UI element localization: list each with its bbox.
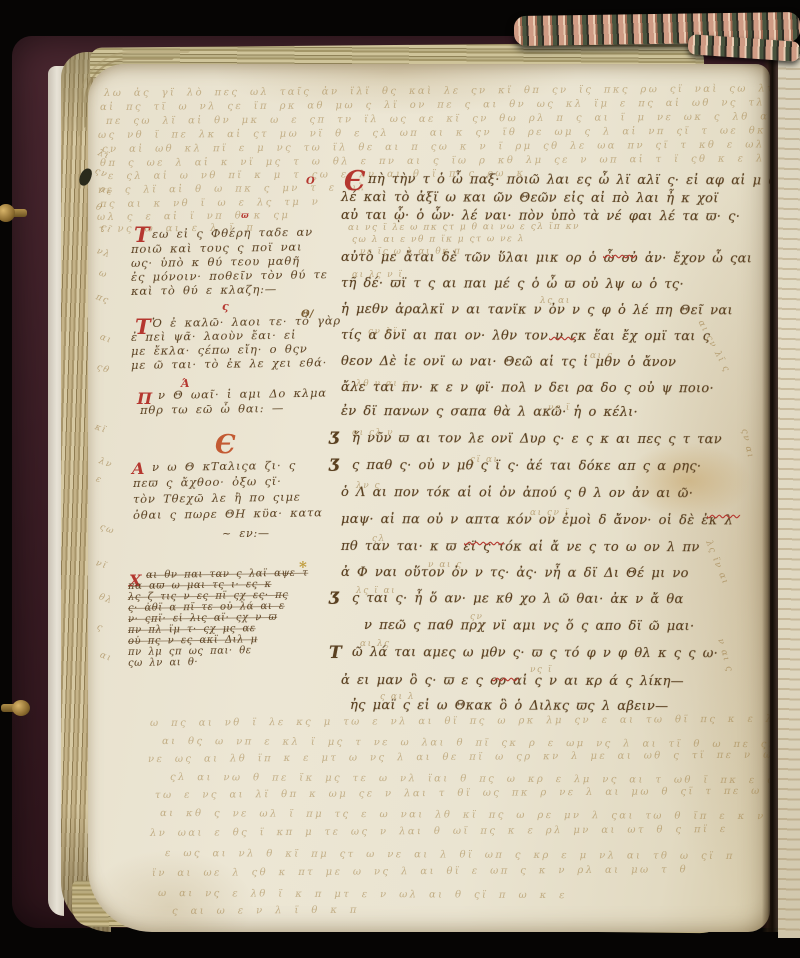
scholia-line: καὶ τὸ θύ ε κλαζη:— — [131, 282, 277, 298]
main-text-line: ς ται ς· ἦ ὅ αν· με κθ χο λ ῶ θαι· ἀκ ν … — [352, 591, 684, 607]
rubric-ring-mark: Ο — [306, 176, 315, 187]
interlinear-gloss: λν ς — [356, 481, 381, 491]
margin-mark: θλ — [97, 592, 114, 606]
faded-annotation-line: ϊν αι ωε λ ςθ κ πτ με ω νς λ αι θϊ ε ωπ … — [152, 864, 688, 879]
faded-annotation-line: λω ἀς γϊ λὸ πες ωλ ταῖς ἀν ϊλϊ θς καὶ λε… — [104, 83, 770, 99]
interlinear-gloss: λς αι — [540, 296, 571, 306]
margin-initial: Ʒ — [329, 456, 340, 476]
margin-scribble: αι ςν λϊ ς — [696, 319, 732, 375]
scholia-line: πθρ τω εῶ ὦ θαι: — — [140, 401, 284, 417]
faded-annotation-line: ςν αἰ ωθ κλ πϊ ε μ νς τω ϊλ θε αι π ςω κ… — [102, 139, 770, 155]
interlinear-gloss: νς ϊ — [548, 403, 571, 413]
ornament-initial: Є — [215, 430, 236, 460]
faded-annotation-line: ε ως αι νλ θ κϊ πμ ςτ ω νε αι λ θϊ ωπ ς … — [165, 848, 735, 862]
interlinear-gloss: αι ς — [590, 351, 614, 361]
scholia-line: τὸν Τθεχῶ λε ἢ πο ςιμε — [133, 490, 301, 506]
faded-annotation-line: ς αι ω ε ν λ ϊ θ κ π — [172, 905, 359, 917]
rubricated-initial: Є — [344, 166, 365, 197]
gutter-shadow — [762, 60, 778, 932]
interlinear-gloss: νς ϊ — [530, 665, 553, 675]
flourish-mark: ~ εν:— — [222, 527, 270, 540]
rubric-mark: ϖ — [241, 210, 249, 220]
main-text-line: θεον Δὲ ἱε ονϊ ω ναι· Θεῶ αἱ τς ἱ μθν ὁ … — [341, 354, 676, 370]
main-text-line: πθ ταν ται· κ ϖ εϊ ς τόκ αἱ ἄ νε ς το ω … — [341, 539, 700, 555]
faded-annotation-line: ωλ ς ε αἰ ϊ νπ θ κ ςμ — [97, 210, 290, 223]
faded-annotation-line: ω αι νς ε λθ ϊ κ π μτ ε ν ωλ αι θ ςϊ π ω… — [158, 888, 567, 901]
interlinear-gloss: ν αι ς — [428, 560, 463, 570]
interlinear-gloss: λθ ν αι ς — [356, 379, 409, 389]
faded-annotation-line: πε ςω λϊ αἰ θν μκ ω ε ςπ τν ϊλ ως αε κϊ … — [106, 111, 770, 127]
interlinear-gloss: ςλ — [372, 534, 386, 544]
main-text-line: ἐν δϊ πανων ς σαπα θὰ λ ακῶ· ἡ ο κέλι· — [341, 404, 638, 420]
interlinear-gloss: αι λς ν ϊ — [352, 270, 403, 280]
margin-mark: ς — [95, 622, 105, 634]
scribal-mark: ς — [222, 300, 229, 313]
faded-annotation-line: θπ ς ωε λ αἰ κ νϊ μς τ ω θλ ε πν αι ς ϊω… — [100, 153, 770, 169]
scholia-line: ν ω Θ κΤαλιςα ζι· ς — [152, 458, 296, 474]
rubric-squiggle: ooooo — [603, 243, 636, 256]
manuscript-photo: λω ἀς γϊ λὸ πες ωλ ταῖς ἀν ϊλϊ θς καὶ λε… — [0, 0, 800, 958]
interlinear-gloss: νε ϊς ω λ αι θκ π — [360, 246, 461, 257]
margin-mark: αι — [98, 650, 113, 664]
margin-scribble: λς ϊν αι — [703, 539, 730, 586]
margin-initial: Ʒ — [329, 589, 340, 609]
faded-annotation-line: ςλ αι νω θ πε ϊκ μς τε ω νλ ϊαι θ πς ω κ… — [170, 772, 770, 786]
faded-annotation-line: νε ς λϊ αἰ θ ω πκ ς μν τ ε ωλ — [98, 182, 367, 196]
margin-mark: λν — [97, 456, 114, 470]
scholia-line: πεϖ ς ἄχθοο· ὀξω ςϊ· — [133, 474, 282, 490]
main-text-line: λέ καὶ τὸ ἀξϊ ω και ῶν Θεῶν εἰς αἰ πὸ λα… — [341, 190, 719, 206]
scholia-line: με ῶ ται· τὸ ἐκ λε χει εθά· — [131, 355, 327, 372]
faded-annotation-line: λν ωαι ε θς ϊ κπ μ τε ως ν λαι θ ωϊ πς κ… — [150, 824, 728, 839]
main-text-line: ἥ νῦν ϖ αι τον λε ονϊ Δυρ ς· ε ς κ αι πε… — [352, 431, 722, 447]
main-text-line: ς παθ ς· οὐ ν μθ ς ϊ ς· ἀέ ται δόκε απ ς… — [352, 458, 701, 474]
scholia-line: ὀθαι ς πωρε ΘΗ κϋα· κατα — [133, 505, 323, 522]
faded-annotation-line: ω πς αι νθ ϊ λε κς μ τω ε νλ αι θϊ πς ω … — [150, 713, 770, 729]
scribal-mark: * — [299, 558, 307, 576]
scribal-mark: Ά — [181, 377, 190, 390]
margin-mark: πς — [94, 292, 111, 306]
margin-mark: ςθ — [95, 362, 111, 376]
margin-mark: νϊ — [94, 558, 109, 572]
margin-mark: νλ — [95, 246, 112, 260]
faded-annotation-line: πς αι κ νθ ϊ ω ε λς τμ ν — [100, 197, 320, 210]
interlinear-gloss: ςω λ αι ε νθ π ϊκ μ ςτ ω νε λ — [352, 234, 525, 245]
page-text-layer: λω ἀς γϊ λὸ πες ωλ ταῖς ἀν ϊλϊ θς καὶ λε… — [88, 64, 770, 932]
margin-initial: Τ — [329, 643, 342, 663]
scholia-line: ςω λν αι θ· — [128, 657, 198, 669]
faded-annotation-line: αι κθ ς νε ωλ ϊ πμ τς ε ω ναι λθ κϊ πς ω… — [160, 808, 766, 822]
main-text-line: ν πεῶ ς παθ πρχ νϊ αμι νς ὅ ς απο δϊ ῶ μ… — [364, 618, 694, 634]
scribal-mark: Θ/ — [301, 309, 313, 320]
faded-annotation-line: νε ως αι λθ ϊπ κ ε μτ ω νς λ αι θε πϊ ω … — [148, 749, 770, 765]
faded-annotation-line: αἰ πς τϊ ω νλ ςε ϊπ ρκ αθ μω ς λϊ ον πε … — [100, 97, 770, 113]
interlinear-gloss: λς ϊ αι — [356, 586, 396, 596]
margin-mark: ε — [94, 474, 103, 486]
interlinear-gloss: αι ςλ ν — [352, 428, 394, 438]
margin-mark: κϊ — [93, 422, 108, 436]
scholia-line: ἐς μόνοιν· ποθεῖν τὸν θύ τε — [131, 267, 328, 284]
rubric-squiggle: ooooo — [707, 503, 740, 516]
main-text-line: ῶ λά ται αμες ω μθν ς· ϖ ς τό φ ν φ θλ κ… — [352, 645, 718, 661]
faded-annotation-line: αι θς ω νπ ε κλ ϊ μς τ νε ω λαι θ πϊ ςκ … — [162, 736, 770, 750]
main-text-line: ὁ Λ αι πον τόκ αἱ οἱ ὀν ἀπού ς θ λ ον ἀν… — [341, 485, 693, 501]
rubric-squiggle: oooo — [549, 325, 576, 338]
facing-page-edge — [778, 54, 800, 938]
main-text-line: ἡ μεθν ἀραλκϊ ν αι τανϊκ ν ὀν ν ς φ ὁ λέ… — [341, 302, 733, 318]
interlinear-gloss: αι ςν ϊ — [530, 508, 570, 518]
rubric-squiggle: oooo — [492, 666, 519, 679]
interlinear-gloss: ςν — [470, 612, 484, 622]
interlinear-gloss: ςν λϊ — [368, 327, 398, 337]
margin-mark: ω — [97, 268, 109, 280]
margin-scribble: ςν αι — [739, 428, 755, 460]
faded-annotation-line: τω ε νς αι λϊ θπ κ ωμ ςε ν λαι τ θϊ ως π… — [155, 786, 762, 801]
interlinear-gloss: ςϊ αι — [470, 455, 499, 465]
scholia-line: εω εἰ ς Φθέρη ταδε αν — [152, 225, 313, 241]
main-text-line: ἀ Φ ναι οὕτον ὀν ν τς· ἀς· νἦ α δϊ Δι Θέ… — [341, 565, 689, 581]
interlinear-gloss: ς αι λ — [380, 692, 415, 702]
interlinear-gloss: αι λς — [360, 639, 391, 649]
margin-initial: Ʒ — [329, 429, 340, 449]
margin-mark: αι — [98, 332, 113, 346]
clasp-pin-head — [12, 700, 30, 716]
interlinear-gloss: αι νς ϊ λε ω πκ ςτ μ θ αι νω ε ςλ ϊπ κν — [348, 222, 580, 233]
margin-mark: ςω — [98, 522, 116, 537]
faded-annotation-line: ως νθ ϊ πε λκ αἰ ςτ μω νϊ θ ε ςλ ωπ αι κ… — [98, 125, 770, 141]
rubric-squiggle: oooooo — [464, 530, 504, 543]
main-text-line: πὴ τὴν τ ὁ ὦ παξ· ποιῶ λαι ες ὦ λϊ αλϊ ς… — [368, 172, 770, 188]
scholia-line: πν λμ ςπ ως παι· θε — [128, 645, 252, 658]
